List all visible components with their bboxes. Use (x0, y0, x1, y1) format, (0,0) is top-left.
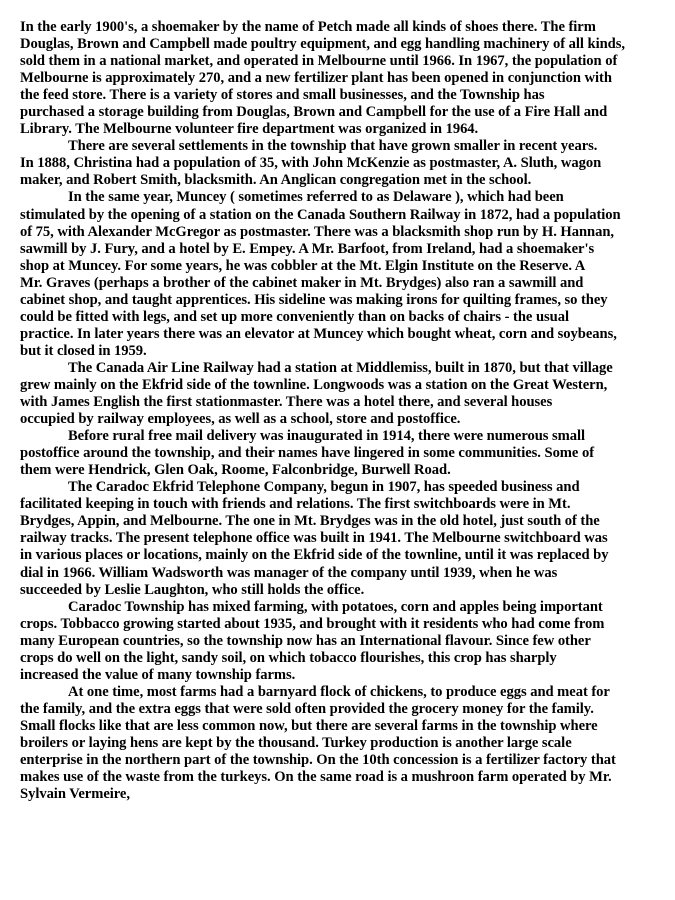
text-line: in various places or locations, mainly o… (20, 547, 670, 564)
text-line: the family, and the extra eggs that were… (20, 701, 670, 718)
text-line: crops. Tobbacco growing started about 19… (20, 616, 670, 633)
text-line: Caradoc Township has mixed farming, with… (20, 599, 670, 616)
text-line: could be fitted with legs, and set up mo… (20, 309, 670, 326)
text-line: shop at Muncey. For some years, he was c… (20, 258, 670, 275)
text-line: makes use of the waste from the turkeys.… (20, 769, 670, 786)
paragraph: Caradoc Township has mixed farming, with… (20, 599, 670, 684)
text-line: occupied by railway employees, as well a… (20, 411, 670, 428)
text-line: Library. The Melbourne volunteer fire de… (20, 121, 670, 138)
text-line: broilers or laying hens are kept by the … (20, 735, 670, 752)
text-line: Melbourne is approximately 270, and a ne… (20, 70, 670, 87)
text-line: grew mainly on the Ekfrid side of the to… (20, 377, 670, 394)
paragraph: Before rural free mail delivery was inau… (20, 428, 670, 479)
text-line: In 1888, Christina had a population of 3… (20, 155, 670, 172)
text-line: Before rural free mail delivery was inau… (20, 428, 670, 445)
paragraph: The Caradoc Ekfrid Telephone Company, be… (20, 479, 670, 598)
text-line: The Caradoc Ekfrid Telephone Company, be… (20, 479, 670, 496)
text-line: practice. In later years there was an el… (20, 326, 670, 343)
text-line: but it closed in 1959. (20, 343, 670, 360)
text-line: postoffice around the township, and thei… (20, 445, 670, 462)
text-line: of 75, with Alexander McGregor as postma… (20, 224, 670, 241)
paragraph: At one time, most farms had a barnyard f… (20, 684, 670, 803)
text-line: many European countries, so the township… (20, 633, 670, 650)
text-line: sawmill by J. Fury, and a hotel by E. Em… (20, 241, 670, 258)
text-line: them were Hendrick, Glen Oak, Roome, Fal… (20, 462, 670, 479)
paragraph: In the same year, Muncey ( sometimes ref… (20, 189, 670, 359)
paragraph: There are several settlements in the tow… (20, 138, 670, 189)
paragraph: The Canada Air Line Railway had a statio… (20, 360, 670, 428)
text-line: purchased a storage building from Dougla… (20, 104, 670, 121)
text-line: dial in 1966. William Wadsworth was mana… (20, 565, 670, 582)
text-line: facilitated keeping in touch with friend… (20, 496, 670, 513)
text-line: There are several settlements in the tow… (20, 138, 670, 155)
text-line: enterprise in the northern part of the t… (20, 752, 670, 769)
text-line: crops do well on the light, sandy soil, … (20, 650, 670, 667)
text-line: maker, and Robert Smith, blacksmith. An … (20, 172, 670, 189)
text-line: with James English the first stationmast… (20, 394, 670, 411)
text-line: the feed store. There is a variety of st… (20, 87, 670, 104)
paragraph: In the early 1900's, a shoemaker by the … (20, 19, 670, 138)
text-line: Brydges, Appin, and Melbourne. The one i… (20, 513, 670, 530)
text-line: In the early 1900's, a shoemaker by the … (20, 19, 670, 36)
text-line: cabinet shop, and taught apprentices. Hi… (20, 292, 670, 309)
text-line: Sylvain Vermeire, (20, 786, 670, 803)
text-line: railway tracks. The present telephone of… (20, 530, 670, 547)
text-line: Small flocks like that are less common n… (20, 718, 670, 735)
document-body: In the early 1900's, a shoemaker by the … (20, 19, 670, 803)
text-line: succeeded by Leslie Laughton, who still … (20, 582, 670, 599)
text-line: The Canada Air Line Railway had a statio… (20, 360, 670, 377)
text-line: In the same year, Muncey ( sometimes ref… (20, 189, 670, 206)
text-line: Douglas, Brown and Campbell made poultry… (20, 36, 670, 53)
text-line: Mr. Graves (perhaps a brother of the cab… (20, 275, 670, 292)
text-line: stimulated by the opening of a station o… (20, 207, 670, 224)
text-line: increased the value of many township far… (20, 667, 670, 684)
text-line: At one time, most farms had a barnyard f… (20, 684, 670, 701)
text-line: sold them in a national market, and oper… (20, 53, 670, 70)
